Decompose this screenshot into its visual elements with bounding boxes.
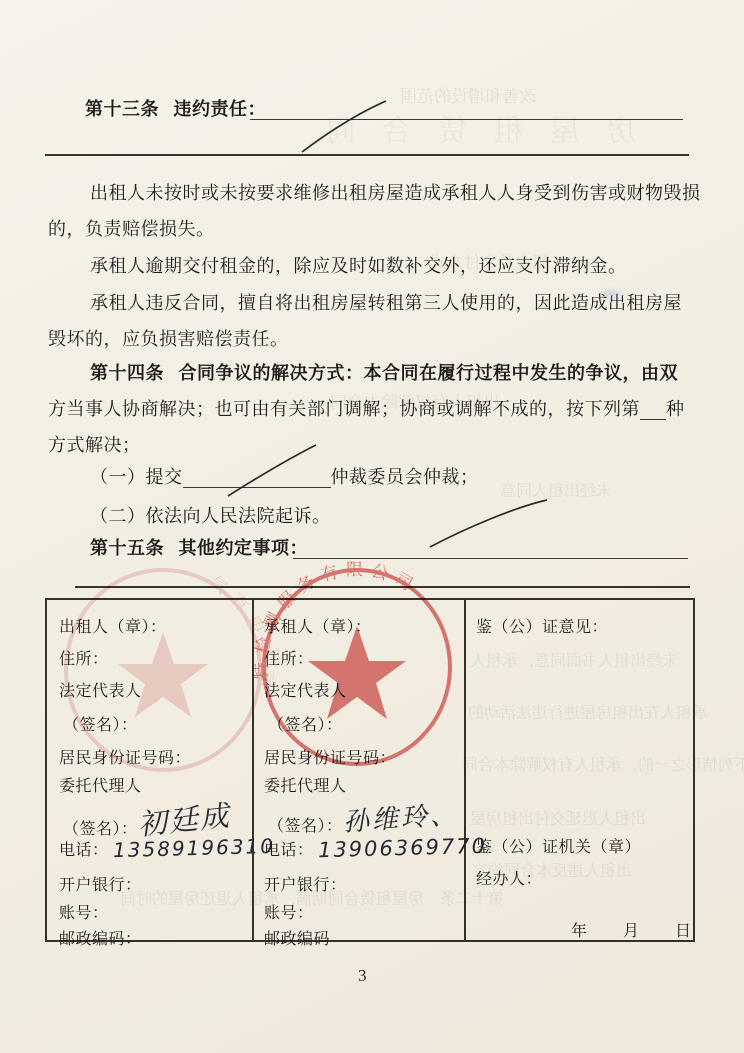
ink-smudge [596, 286, 626, 302]
contract-page: 房屋租赁合同 改善和增设的范围 租金及交付方式 出租人有权解除本合同 未经出租人… [0, 0, 744, 1053]
page-number: 3 [358, 966, 367, 986]
lessee-seal-star-icon [308, 626, 406, 719]
lessee-company-seal: 特检测服务有限公司 [0, 0, 744, 1053]
